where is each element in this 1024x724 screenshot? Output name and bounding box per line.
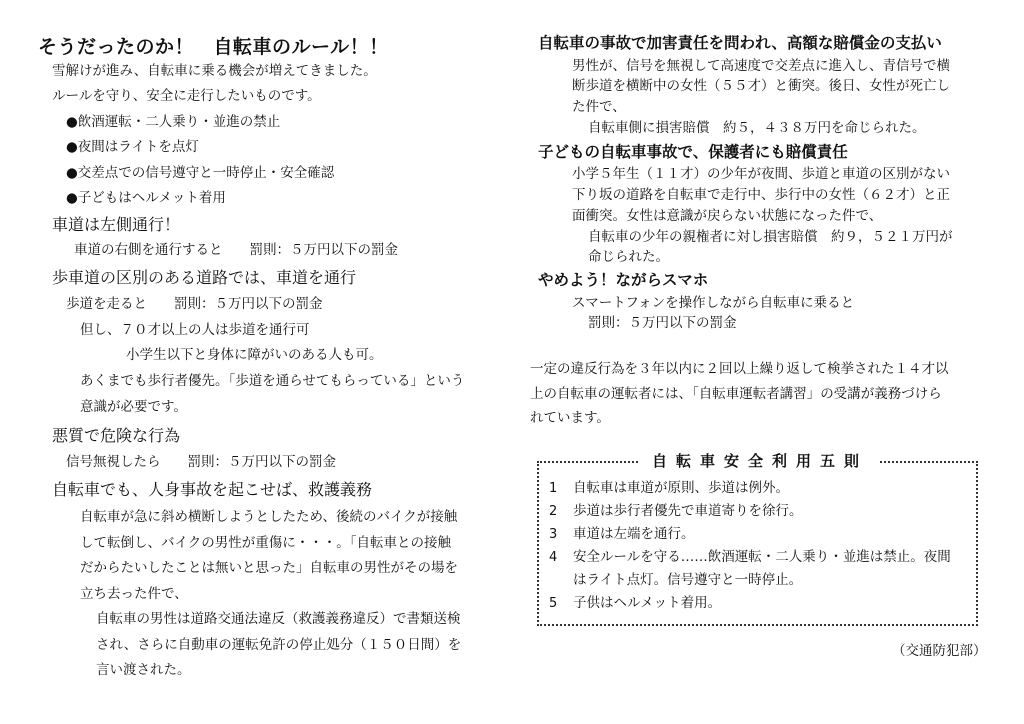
- case-line: 言い渡された。: [96, 664, 191, 678]
- case-line: 断歩道を横断中の女性（５５才）と衝突。後日、女性が死亡し: [572, 80, 950, 94]
- page-title: そうだったのか！ 自転車のルール！！: [38, 38, 389, 57]
- exception-line: 小学生以下と身体に障がいのある人も可。: [126, 349, 383, 363]
- intro-line: ルールを守り、安全に走行したいものです。: [52, 90, 321, 104]
- footer-department: （交通防犯部）: [892, 645, 987, 659]
- case-line: だからたいしたことは無いと思った」自転車の男性がその場を: [80, 562, 458, 576]
- rule-number: 3: [549, 528, 557, 541]
- case-line: た件で、: [572, 101, 626, 115]
- damages-line: 命じられた。: [588, 251, 669, 265]
- note-line: あくまでも歩行者優先。「歩道を通らせてもらっている」という: [80, 375, 464, 389]
- section-heading: 車道は左側通行！: [52, 217, 180, 233]
- case-line: して転倒し、バイクの男性が重傷に・・・。「自転車との接触: [80, 537, 451, 551]
- rule-bullet: ●飲酒運転・二人乗り・並進の禁止: [66, 116, 280, 130]
- rule-text: はライト点灯。信号遵守と一時停止。: [573, 574, 802, 588]
- rule-text: 子供はヘルメット着用。: [573, 597, 721, 611]
- case-line: され、さらに自動車の運転免許の停止処分（１５０日間）を: [96, 639, 461, 653]
- damages-line: 自転車の少年の親権者に対し損害賠償 約９，５２１万円が: [588, 231, 953, 245]
- rule-number: 5: [549, 597, 557, 610]
- case-line: 男性が、信号を無視して高速度で交差点に進入し、青信号で横: [572, 60, 950, 74]
- penalty-line: 罰則：５万円以下の罰金: [588, 317, 737, 331]
- rule-text: 自転車は車道が原則、歩道は例外。: [573, 482, 789, 496]
- penalty-line: 車道の右側を通行すると 罰則：５万円以下の罰金: [74, 244, 398, 258]
- section-heading: 自転車の事故で加害責任を問われ、高額な賠償金の支払い: [538, 36, 942, 52]
- note-line: 一定の違反行為を３年以内に２回以上繰り返して検挙された１４才以: [530, 363, 949, 377]
- penalty-line: 信号無視したら 罰則：５万円以下の罰金: [66, 456, 336, 470]
- section-heading: 子どもの自転車事故で、保護者にも賠償責任: [538, 145, 848, 161]
- case-line: 面衝突。女性は意識が戻らない状態になった件で、: [572, 210, 882, 224]
- five-rules-title: 自転車安全利用五則: [640, 452, 880, 470]
- note-line: 上の自転車の運転者には、「自転車運転者講習」の受講が義務づけら: [530, 388, 942, 402]
- rule-bullet: ●子どもはヘルメット着用: [66, 192, 226, 206]
- rule-bullet: ●交差点での信号遵守と一時停止・安全確認: [66, 167, 334, 181]
- rule-text: 車道は左端を通行。: [573, 528, 695, 542]
- rule-text: 安全ルールを守る……飲酒運転・二人乗り・並進は禁止。夜間: [573, 551, 951, 565]
- rule-text: 歩道は歩行者優先で車道寄りを徐行。: [573, 505, 803, 519]
- exception-line: 但し、７０才以上の人は歩道を通行可: [80, 324, 310, 338]
- rule-number: 1: [549, 482, 557, 495]
- case-line: 自転車の男性は道路交通法違反（救護義務違反）で書類送検: [96, 613, 461, 627]
- section-heading: 自転車でも、人身事故を起こせば、救護義務: [52, 482, 372, 498]
- case-line: 立ち去った件で、: [80, 588, 188, 602]
- section-heading: 悪質で危険な行為: [52, 428, 180, 444]
- rule-bullet: ●夜間はライトを点灯: [66, 141, 199, 155]
- section-heading: 歩車道の区別のある道路では、車道を通行: [52, 270, 356, 286]
- penalty-line: スマートフォンを操作しながら自転車に乗ると: [572, 297, 854, 311]
- case-line: 小学５年生（１１才）の少年が夜間、歩道と車道の区別がない: [572, 168, 950, 182]
- rule-number: 4: [549, 551, 557, 564]
- penalty-line: 歩道を走ると 罰則：５万円以下の罰金: [66, 298, 323, 312]
- section-heading: やめよう！ながらスマホ: [538, 273, 708, 289]
- note-line: れています。: [530, 412, 610, 426]
- intro-line: 雪解けが進み、自転車に乗る機会が増えてきました。: [52, 65, 377, 79]
- rule-number: 2: [549, 505, 557, 518]
- damages-line: 自転車側に損害賠償 約５，４３８万円を命じられた。: [588, 122, 926, 136]
- case-line: 下り坂の道路を自転車で走行中、歩行中の女性（６２才）と正: [572, 189, 950, 203]
- note-line: 意識が必要です。: [80, 401, 187, 415]
- case-line: 自転車が急に斜め横断しようとしたため、後続のバイクが接触: [80, 511, 457, 525]
